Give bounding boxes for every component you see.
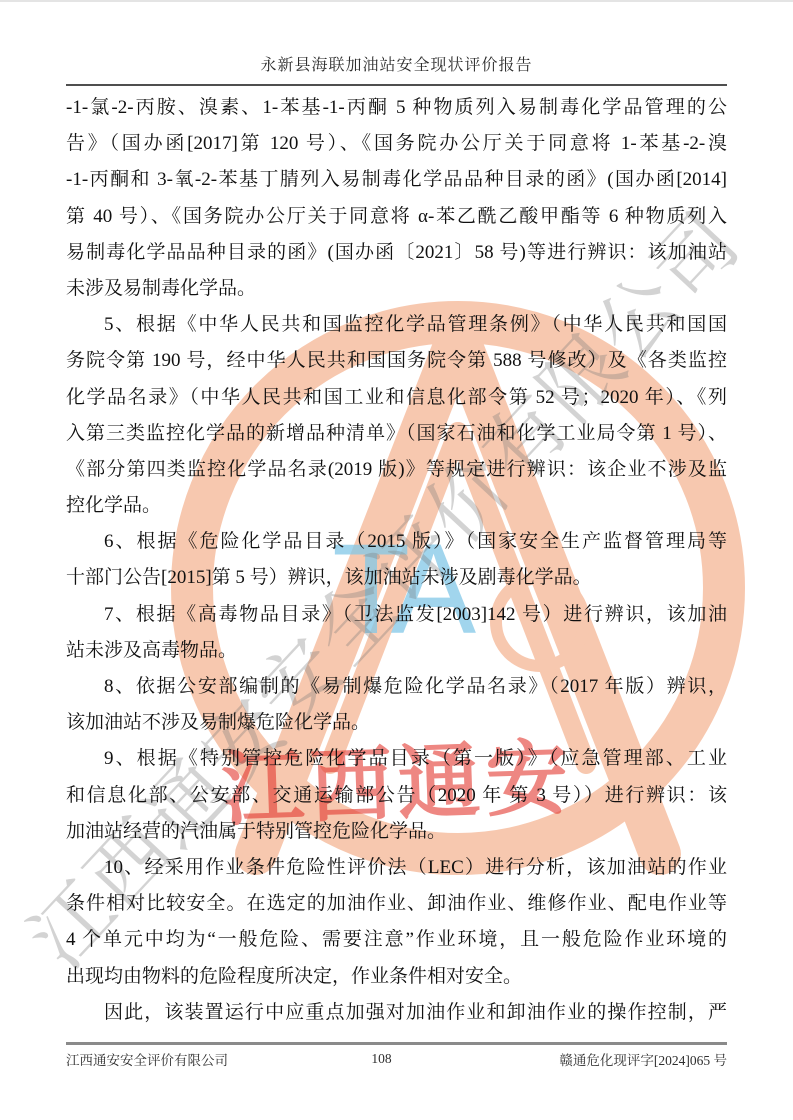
page-content: 永新县海联加油站安全现状评价报告 -1-氯-2-丙胺、溴素、1-苯基-1-丙酮 … <box>0 0 793 1120</box>
body-line: 和信息化部、公安部、交通运输部公告（2020 年 第 3 号））进行辨识：该 <box>66 778 727 814</box>
body-line: 该加油站不涉及易制爆危险化学品。 <box>66 705 727 741</box>
footer-page-number: 108 <box>371 1051 421 1067</box>
body-line: 出现均由物料的危险程度所决定，作业条件相对安全。 <box>66 959 727 995</box>
body-line: 7、根据《高毒物品目录》（卫法监发[2003]142 号）进行辨识，该加油 <box>66 597 727 633</box>
body-line: -1-氯-2-丙胺、溴素、1-苯基-1-丙酮 5 种物质列入易制毒化学品管理的公 <box>66 90 727 126</box>
body-line: 告》（国办函[2017]第 120 号）、《国务院办公厅关于同意将 1-苯基-2… <box>66 126 727 162</box>
body-line: 10、经采用作业条件危险性评价法（LEC）进行分析，该加油站的作业 <box>66 850 727 886</box>
body-line: 务院令第 190 号，经中华人民共和国国务院令第 588 号修改）及《各类监控 <box>66 343 727 379</box>
body-line: 9、根据《特别管控危险化学品目录（第一版）》（应急管理部、工业 <box>66 741 727 777</box>
body-line: 因此，该装置运行中应重点加强对加油作业和卸油作业的操作控制，严 <box>66 995 727 1031</box>
body-line: 《部分第四类监控化学品名录(2019 版)》等规定进行辨识：该企业不涉及监 <box>66 452 727 488</box>
footer-company-name: 江西通安安全评价有限公司 <box>66 1049 371 1069</box>
report-header-title: 永新县海联加油站安全现状评价报告 <box>0 52 793 75</box>
body-line: 入第三类监控化学品的新增品种清单》（国家石油和化学工业局令第 1 号）、 <box>66 416 727 452</box>
page-footer: 江西通安安全评价有限公司 108 赣通危化现评字[2024]065 号 <box>66 1049 727 1069</box>
footer-rule <box>66 1042 727 1045</box>
body-line: 条件相对比较安全。在选定的加油作业、卸油作业、维修作业、配电作业等 <box>66 886 727 922</box>
body-line: 加油站经营的汽油属于特别管控危险化学品。 <box>66 814 727 850</box>
body-line: 6、根据《危险化学品目录（2015 版）》（国家安全生产监督管理局等 <box>66 524 727 560</box>
body-line: 第 40 号）、《国务院办公厅关于同意将 α-苯乙酰乙酸甲酯等 6 种物质列入 <box>66 199 727 235</box>
body-line: 控化学品。 <box>66 488 727 524</box>
body-line: 8、依据公安部编制的《易制爆危险化学品名录》（2017 年版）辨识， <box>66 669 727 705</box>
body-line: -1-丙酮和 3-氧-2-苯基丁腈列入易制毒化学品品种目录的函》(国办函[201… <box>66 162 727 198</box>
document-page: TA 江西通安 江西通安安全评价有限公司 永新县海联加油站安全现状评价报告 -1… <box>0 0 793 1120</box>
body-line: 4 个单元中均为“一般危险、需要注意”作业环境，且一般危险作业环境的 <box>66 922 727 958</box>
body-line: 十部门公告[2015]第 5 号）辨识，该加油站未涉及剧毒化学品。 <box>66 560 727 596</box>
header-rule <box>66 84 727 86</box>
report-body: -1-氯-2-丙胺、溴素、1-苯基-1-丙酮 5 种物质列入易制毒化学品管理的公… <box>66 90 727 1031</box>
body-line: 5、根据《中华人民共和国监控化学品管理条例》（中华人民共和国国 <box>66 307 727 343</box>
body-line: 站未涉及高毒物品。 <box>66 633 727 669</box>
body-line: 未涉及易制毒化学品。 <box>66 271 727 307</box>
footer-doc-number: 赣通危化现评字[2024]065 号 <box>422 1049 727 1069</box>
body-line: 化学品名录》（中华人民共和国工业和信息化部令第 52 号；2020 年）、《列 <box>66 380 727 416</box>
body-line: 易制毒化学品品种目录的函》(国办函〔2021〕58 号)等进行辨识：该加油站 <box>66 235 727 271</box>
